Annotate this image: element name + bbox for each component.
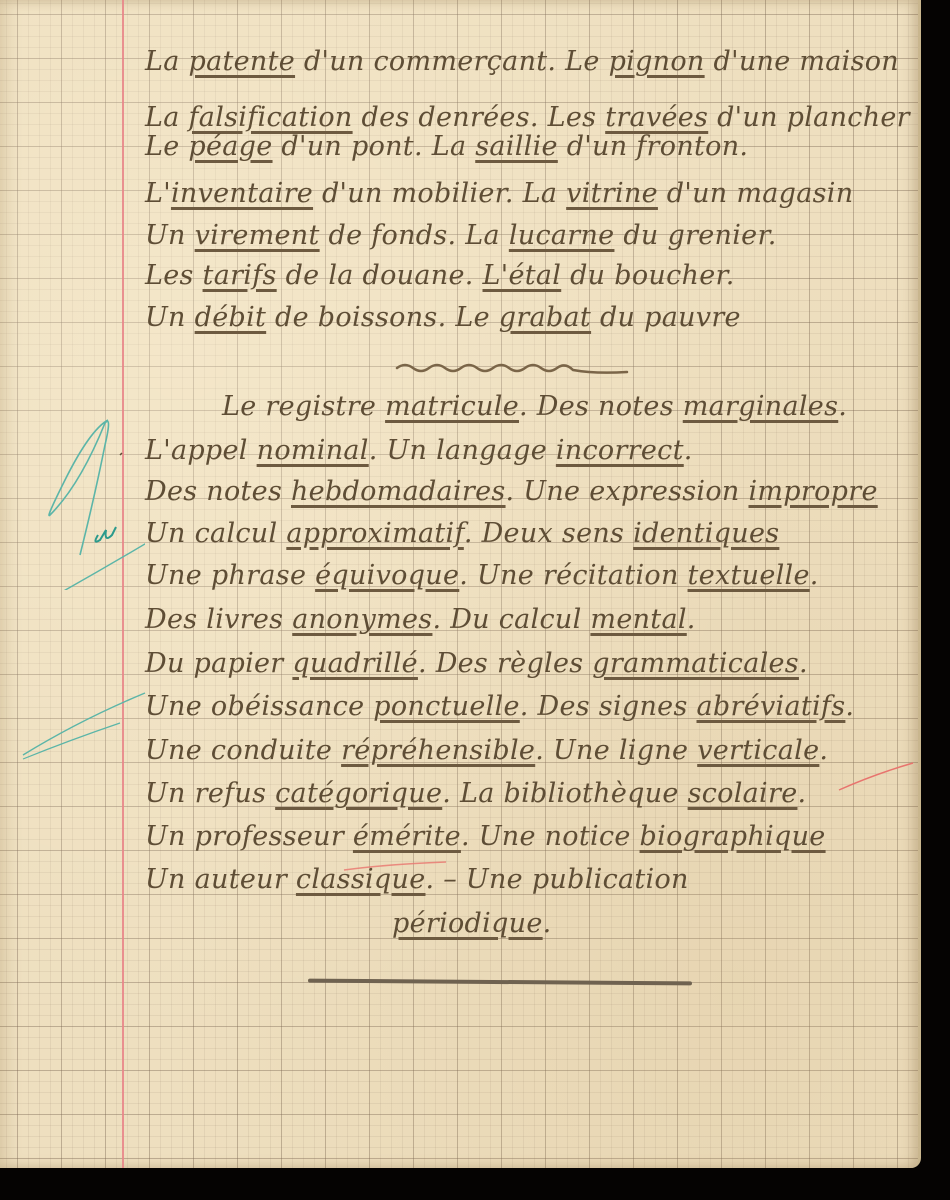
- line-text: . Du calcul: [432, 604, 590, 635]
- underlined-vocabulary-word: équivoque: [315, 560, 459, 591]
- underlined-vocabulary-word: impropre: [748, 476, 877, 507]
- section-2-line: Un auteur classique. – Une publication: [145, 866, 689, 893]
- line-text: .: [810, 560, 819, 591]
- line-text: Du papier: [145, 648, 292, 679]
- line-text: du pauvre: [591, 302, 741, 333]
- line-text: . Des notes: [519, 391, 683, 422]
- line-text: du grenier.: [614, 220, 776, 251]
- section-1-line: Le péage d'un pont. La saillie d'un fron…: [145, 133, 748, 160]
- line-text: . Une récitation: [459, 560, 687, 591]
- line-text: d'un pont. La: [273, 131, 476, 162]
- line-text: de boissons. Le: [266, 302, 499, 333]
- line-text: d'un magasin: [658, 178, 854, 209]
- underlined-vocabulary-word: grammaticales: [592, 648, 799, 679]
- line-text: Un professeur: [145, 821, 353, 852]
- line-text: d'un commerçant. Le: [295, 46, 609, 77]
- underlined-vocabulary-word: catégorique: [275, 778, 442, 809]
- line-text: .: [838, 391, 847, 422]
- line-text: d'une maison: [705, 46, 899, 77]
- line-text: Des notes: [145, 476, 291, 507]
- underlined-vocabulary-word: identiques: [633, 518, 779, 549]
- line-text: .: [684, 435, 693, 466]
- line-text: . Deux sens: [464, 518, 633, 549]
- section-2-line: Un professeur émérite. Une notice biogra…: [145, 823, 826, 850]
- line-text: . Des règles: [418, 648, 592, 679]
- line-text: des denrées. Les: [353, 102, 606, 133]
- underlined-vocabulary-word: émérite: [353, 821, 461, 852]
- line-text: Une phrase: [145, 560, 315, 591]
- teacher-initials-icon: [20, 405, 145, 590]
- underlined-vocabulary-word: pignon: [609, 46, 705, 77]
- underlined-vocabulary-word: biographique: [640, 821, 826, 852]
- underlined-vocabulary-word: classique: [296, 864, 426, 895]
- line-text: . Un langage: [369, 435, 556, 466]
- line-text: Une obéissance: [145, 691, 373, 722]
- section-2-line: Un refus catégorique. La bibliothèque sc…: [145, 780, 806, 807]
- line-text: .: [799, 648, 808, 679]
- line-text: . Des signes: [520, 691, 697, 722]
- line-text: Les: [145, 260, 203, 291]
- line-text: Un calcul: [145, 518, 286, 549]
- line-text: . Une expression: [506, 476, 749, 507]
- section-2-line: Des livres anonymes. Du calcul mental.: [145, 606, 696, 633]
- underlined-vocabulary-word: verticale: [697, 735, 819, 766]
- section-2-line: Du papier quadrillé. Des règles grammati…: [145, 650, 808, 677]
- line-text: .: [687, 604, 696, 635]
- line-text: La: [145, 46, 189, 77]
- section-2-line: Des notes hebdomadaires. Une expression …: [145, 478, 878, 505]
- line-text: .: [819, 735, 828, 766]
- notebook-page: La patente d'un commerçant. Le pignon d'…: [0, 0, 921, 1168]
- underlined-vocabulary-word: travées: [605, 102, 708, 133]
- underlined-vocabulary-word: saillie: [475, 131, 558, 162]
- underlined-vocabulary-word: quadrillé: [292, 648, 418, 679]
- line-text: La: [145, 102, 189, 133]
- underlined-vocabulary-word: inventaire: [171, 178, 313, 209]
- underlined-vocabulary-word: abréviatifs: [697, 691, 846, 722]
- line-text: Le registre: [222, 391, 385, 422]
- underlined-vocabulary-word: scolaire: [688, 778, 798, 809]
- line-text: Le: [145, 131, 188, 162]
- underlined-vocabulary-word: tarifs: [203, 260, 277, 291]
- underlined-vocabulary-word: L'étal: [483, 260, 562, 291]
- line-text: d'un mobilier. La: [313, 178, 566, 209]
- underlined-vocabulary-word: patente: [189, 46, 296, 77]
- section-2-line: Une conduite répréhensible. Une ligne ve…: [145, 737, 828, 764]
- underlined-vocabulary-word: incorrect: [556, 435, 684, 466]
- underlined-vocabulary-word: falsification: [189, 102, 353, 133]
- section-1-line: La patente d'un commerçant. Le pignon d'…: [145, 48, 899, 75]
- line-text: .: [797, 778, 806, 809]
- section-1-line: L'inventaire d'un mobilier. La vitrine d…: [145, 180, 853, 207]
- line-text: d'un plancher: [708, 102, 910, 133]
- section-2-line: Le registre matricule. Des notes margina…: [222, 393, 847, 420]
- underlined-vocabulary-word: textuelle: [688, 560, 810, 591]
- line-text: Une conduite: [145, 735, 341, 766]
- wavy-divider: [395, 360, 630, 376]
- section-2-line: Une obéissance ponctuelle. Des signes ab…: [145, 693, 854, 720]
- line-text: Un: [145, 220, 195, 251]
- red-correction-mark-icon: [835, 760, 915, 795]
- section-2-line: Un calcul approximatif. Deux sens identi…: [145, 520, 779, 547]
- underlined-vocabulary-word: approximatif: [286, 518, 464, 549]
- underlined-vocabulary-word: hebdomadaires: [291, 476, 506, 507]
- line-text: L': [145, 178, 171, 209]
- underlined-vocabulary-word: mental: [590, 604, 686, 635]
- line-text: . Une ligne: [535, 735, 697, 766]
- underlined-vocabulary-word: répréhensible: [341, 735, 535, 766]
- section-1-line: Un virement de fonds. La lucarne du gren…: [145, 222, 777, 249]
- line-text: .: [845, 691, 854, 722]
- underlined-vocabulary-word: marginales: [683, 391, 838, 422]
- line-text: Un auteur: [145, 864, 296, 895]
- underlined-vocabulary-word: nominal: [257, 435, 369, 466]
- line-text: Un: [145, 302, 195, 333]
- section-1-line: Un débit de boissons. Le grabat du pauvr…: [145, 304, 741, 331]
- line-text: de fonds. La: [320, 220, 509, 251]
- line-text: Des livres: [145, 604, 292, 635]
- section-2-line: Une phrase équivoque. Une récitation tex…: [145, 562, 819, 589]
- underlined-vocabulary-word: lucarne: [509, 220, 615, 251]
- line-text: .: [543, 908, 552, 939]
- underlined-vocabulary-word: matricule: [385, 391, 519, 422]
- line-text: . La bibliothèque: [442, 778, 687, 809]
- section-2-line: L'appel nominal. Un langage incorrect.: [145, 437, 693, 464]
- line-text: Un refus: [145, 778, 275, 809]
- line-text: L'appel: [145, 435, 257, 466]
- section-2-line: périodique.: [392, 910, 552, 937]
- section-1-line: La falsification des denrées. Les travée…: [145, 104, 910, 131]
- underlined-vocabulary-word: périodique: [392, 908, 543, 939]
- line-text: d'un fronton.: [558, 131, 748, 162]
- underlined-vocabulary-word: anonymes: [292, 604, 432, 635]
- line-text: de la douane.: [277, 260, 483, 291]
- underlined-vocabulary-word: péage: [188, 131, 272, 162]
- line-text: . – Une publication: [425, 864, 688, 895]
- red-margin-line: [122, 0, 124, 1168]
- line-text: . Une notice: [461, 821, 640, 852]
- underlined-vocabulary-word: vitrine: [566, 178, 658, 209]
- underlined-vocabulary-word: grabat: [499, 302, 591, 333]
- end-rule-divider: [308, 979, 692, 986]
- underlined-vocabulary-word: ponctuelle: [373, 691, 520, 722]
- underlined-vocabulary-word: virement: [195, 220, 320, 251]
- underlined-vocabulary-word: débit: [195, 302, 267, 333]
- line-text: du boucher.: [561, 260, 734, 291]
- section-1-line: Les tarifs de la douane. L'étal du bouch…: [145, 262, 735, 289]
- teacher-check-stroke-icon: [20, 685, 150, 765]
